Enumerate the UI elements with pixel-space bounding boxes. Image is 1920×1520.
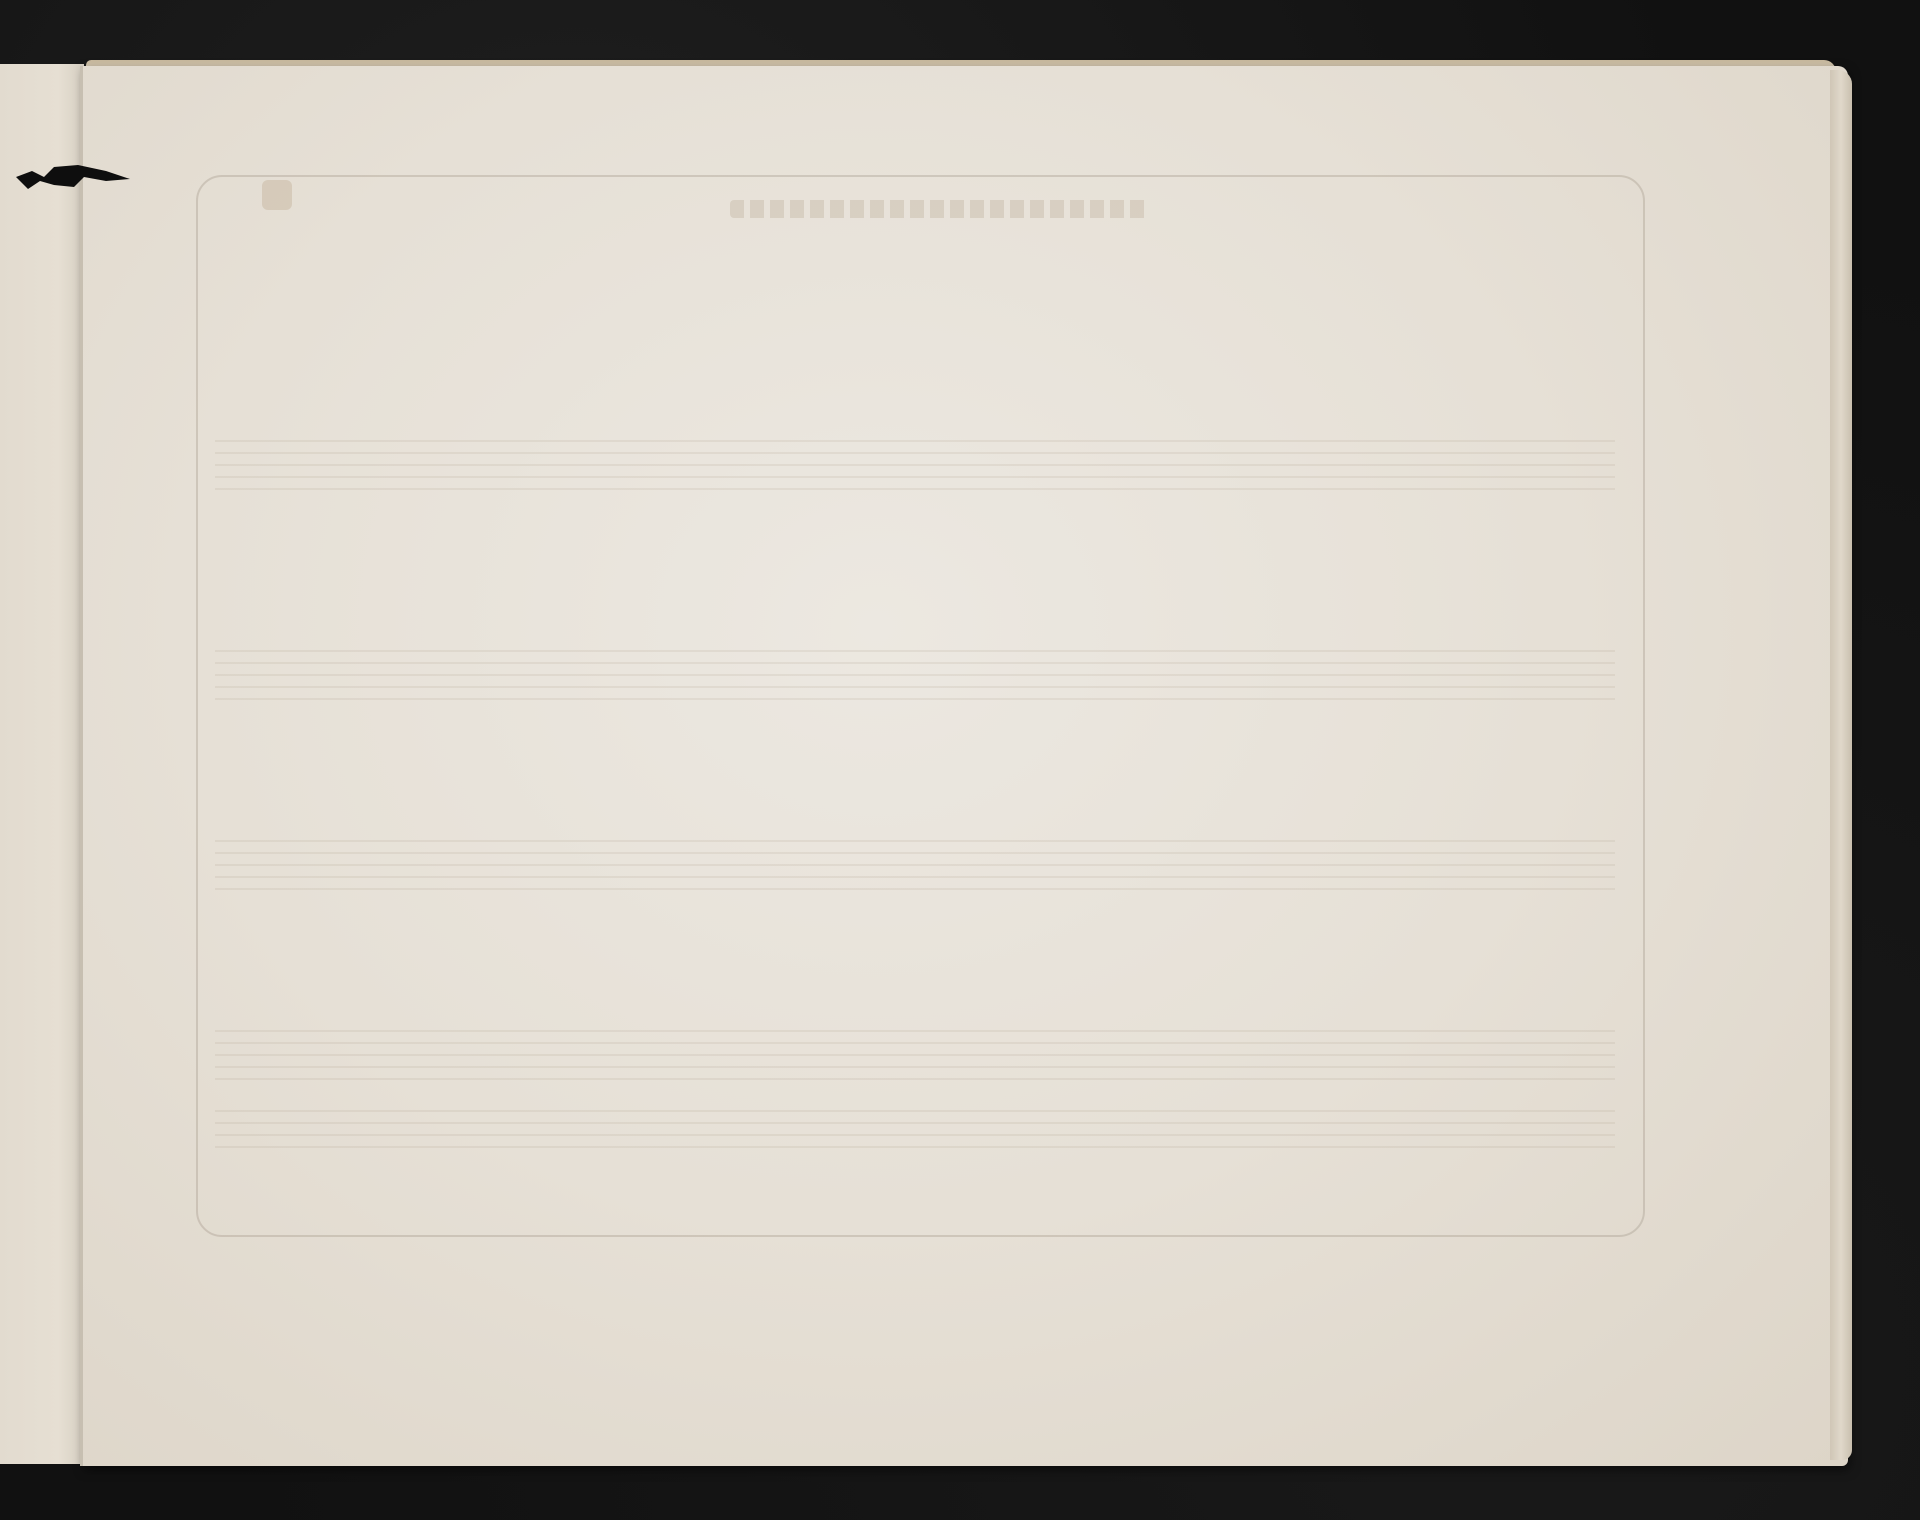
music-staff-show-through (215, 440, 1615, 500)
music-staff-show-through (215, 1030, 1615, 1090)
page-number-show-through (262, 180, 292, 210)
book-spine-fold (80, 66, 83, 1466)
left-page-edge (0, 64, 84, 1464)
header-show-through (730, 200, 1150, 218)
music-staff-show-through (215, 1110, 1615, 1150)
page-stack-right-edge (1830, 70, 1852, 1460)
paper-tear (14, 163, 134, 197)
music-staff-show-through (215, 840, 1615, 900)
music-staff-show-through (215, 650, 1615, 710)
